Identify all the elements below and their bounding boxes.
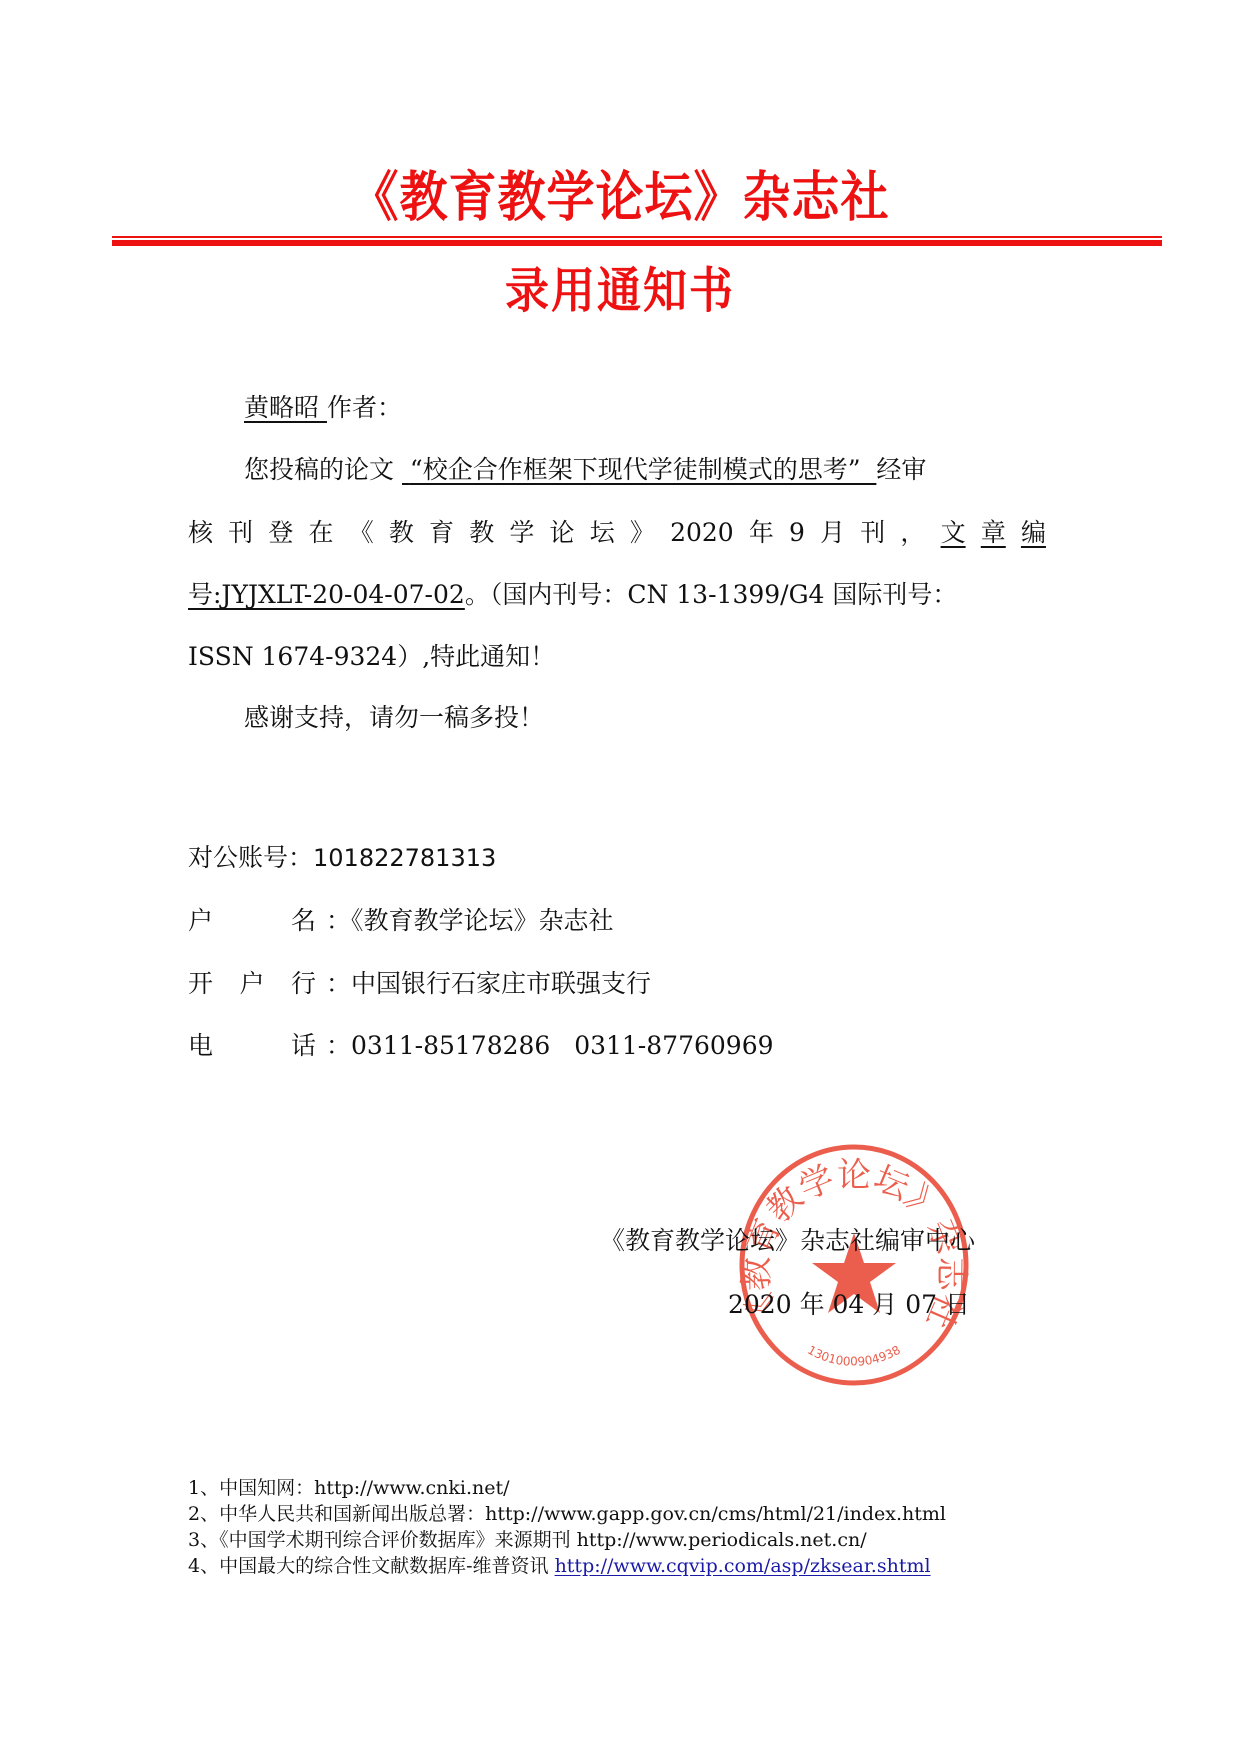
official-stamp: 《教育教学论坛》杂志社 1301000904938 bbox=[738, 1143, 970, 1387]
account-number-row: 对公账号：101822781313 bbox=[188, 843, 496, 873]
closing-line: 感谢支持，请勿一稿多投！ bbox=[244, 703, 544, 733]
paragraph-line-4: ISSN 1674-9324）,特此通知！ bbox=[188, 642, 555, 672]
bank-row: 开户行 ：中国银行石家庄市联强支行 bbox=[188, 969, 651, 999]
salutation: 黄略昭 作者： bbox=[244, 393, 402, 423]
header-rule-thick bbox=[112, 240, 1162, 246]
article-number-label: 编 bbox=[1021, 518, 1046, 548]
phone-1: 0311-85178286 bbox=[351, 1031, 550, 1060]
account-number: 101822781313 bbox=[313, 844, 496, 872]
reference-list: 1、中国知网：http://www.cnki.net/ 2、中华人民共和国新闻出… bbox=[188, 1475, 946, 1579]
account-label: 对公账号： bbox=[188, 843, 313, 872]
reference-item: 3、《中国学术期刊综合评价数据库》来源期刊 http://www.periodi… bbox=[188, 1527, 946, 1553]
author-suffix: 作者： bbox=[327, 393, 402, 422]
paper-title: “校企合作框架下现代学徒制模式的思考” bbox=[402, 455, 876, 484]
cqvip-link[interactable]: http://www.cqvip.com/asp/zksear.shtml bbox=[555, 1555, 931, 1577]
bank-name: 中国银行石家庄市联强支行 bbox=[351, 969, 651, 998]
signature-date: 2020 年 04 月 07 日 bbox=[728, 1290, 970, 1320]
stamp-code: 1301000904938 bbox=[805, 1343, 903, 1369]
reference-item: 4、中国最大的综合性文献数据库-维普资讯 http://www.cqvip.co… bbox=[188, 1553, 946, 1579]
phone-2: 0311-87760969 bbox=[574, 1031, 773, 1060]
magazine-title: 《教育教学论坛》杂志社 bbox=[0, 154, 1240, 231]
account-name-row: 户名 ：《教育教学论坛》杂志社 bbox=[188, 906, 614, 936]
phone-label: 电话 bbox=[188, 1031, 326, 1061]
paragraph-line-2: 核刊登在《教育教学论坛》2020年9月刊，文章编 bbox=[188, 518, 1046, 548]
reference-item: 2、中华人民共和国新闻出版总署：http://www.gapp.gov.cn/c… bbox=[188, 1501, 946, 1527]
reference-item: 1、中国知网：http://www.cnki.net/ bbox=[188, 1475, 946, 1501]
article-number-label: 章 bbox=[981, 518, 1006, 548]
article-number: 号:JYJXLT-20-04-07-02 bbox=[188, 580, 465, 609]
phone-row: 电话 ：0311-85178286 0311-87760969 bbox=[188, 1031, 774, 1061]
paragraph-line-3: 号:JYJXLT-20-04-07-02。（国内刊号：CN 13-1399/G4… bbox=[188, 580, 957, 610]
header-rule-thin bbox=[112, 236, 1162, 238]
notice-title: 录用通知书 bbox=[0, 251, 1240, 321]
paragraph-line-1: 您投稿的论文 “校企合作框架下现代学徒制模式的思考” 经审 bbox=[244, 455, 926, 485]
article-number-label: 文 bbox=[941, 518, 966, 548]
signature-org: 《教育教学论坛》杂志社编审中心 bbox=[600, 1226, 975, 1256]
account-name-label: 户名 bbox=[188, 906, 326, 936]
account-name: 《教育教学论坛》杂志社 bbox=[351, 906, 614, 935]
bank-label: 开户行 bbox=[188, 969, 326, 999]
author-name: 黄略昭 bbox=[244, 393, 319, 422]
